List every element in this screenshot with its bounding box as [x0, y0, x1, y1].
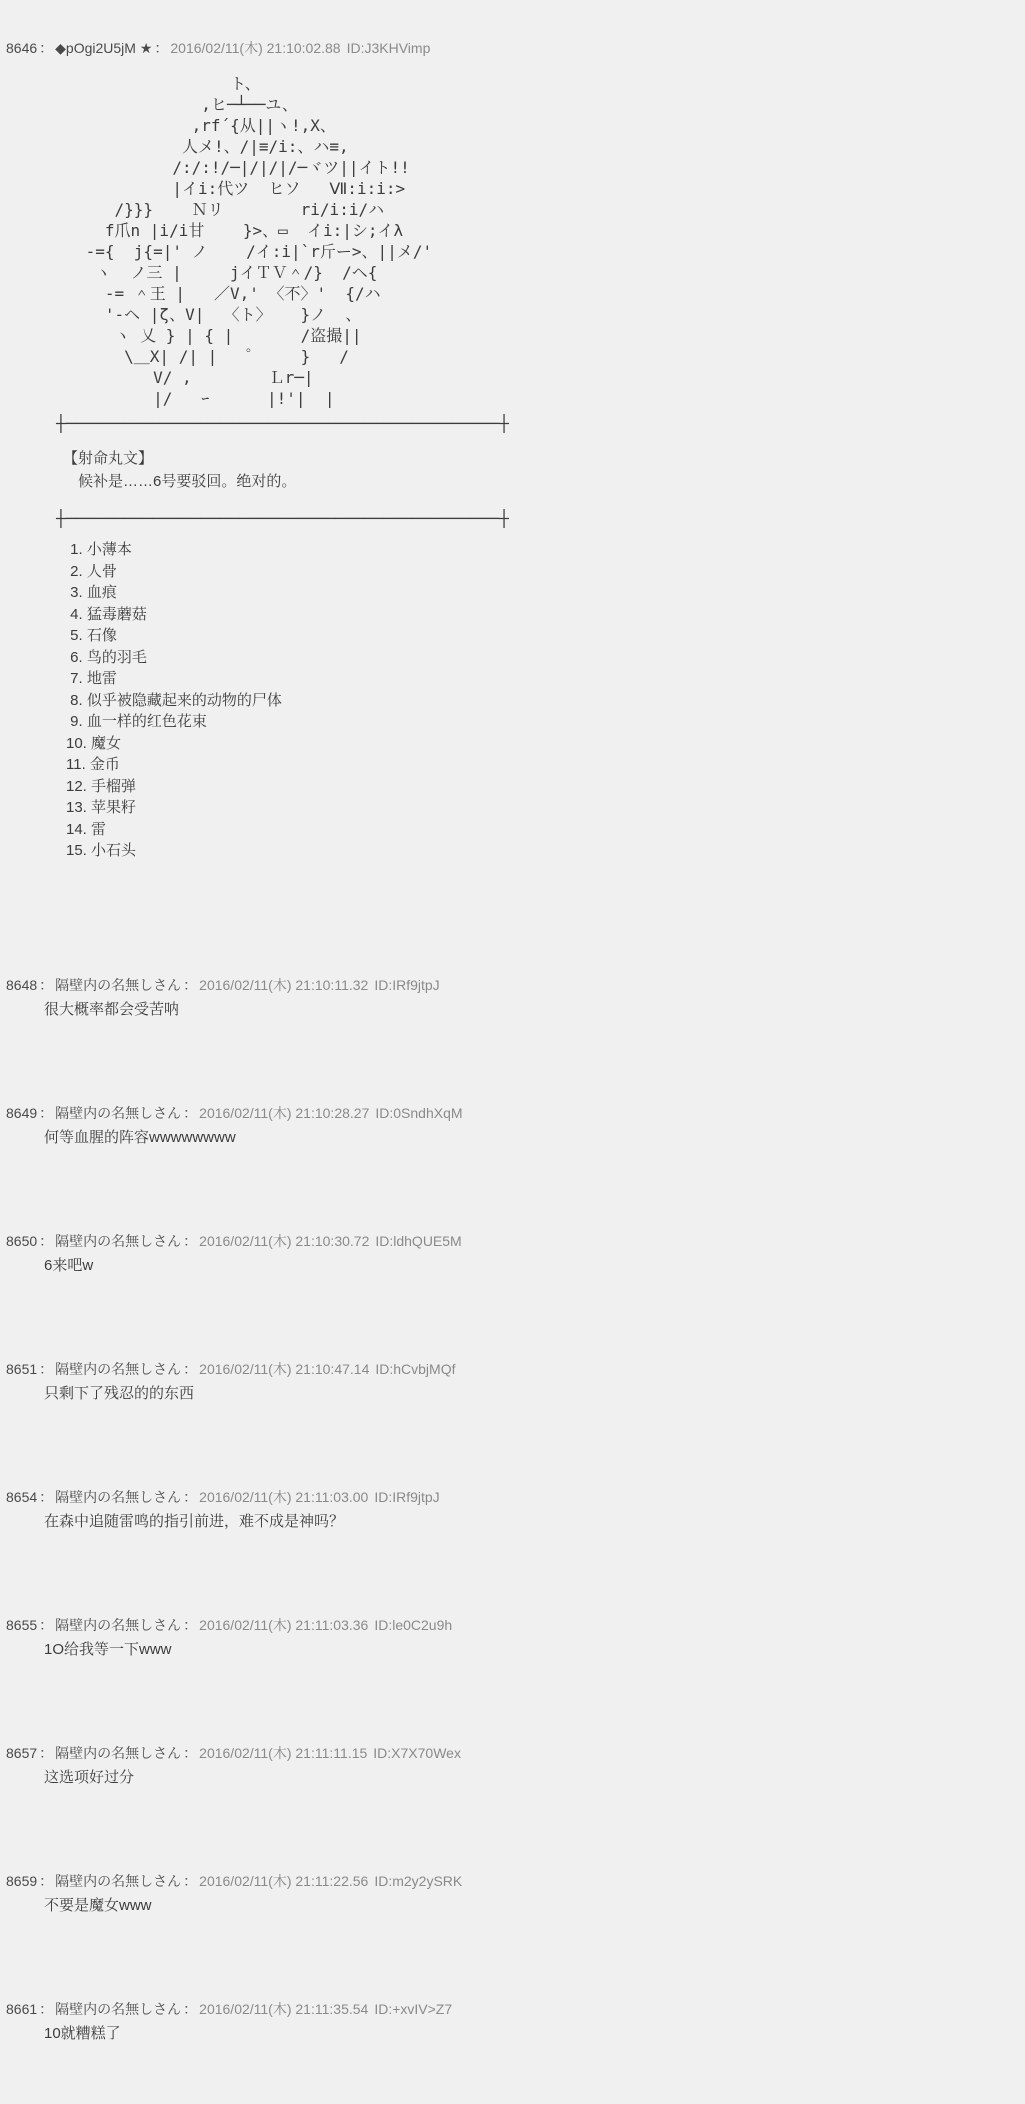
- thread-page: 8646：◆pOgi2U5jM ★：2016/02/11(木) 21:10:02…: [0, 0, 1025, 2104]
- character-headline: 【射命丸文】: [63, 448, 1025, 469]
- replies-section: 8648：隔壁内の名無しさん：2016/02/11(木) 21:10:11.32…: [6, 977, 1025, 2044]
- colon-separator: ：: [37, 40, 55, 56]
- colon-separator: ：: [37, 1361, 55, 1377]
- post-header: 8651：隔壁内の名無しさん：2016/02/11(木) 21:10:47.14…: [6, 1361, 1025, 1378]
- list-item-4: 4. 猛毒蘑菇: [66, 604, 1025, 626]
- post-id: ID:m2y2ySRK: [374, 1873, 462, 1889]
- colon-separator: ：: [181, 2001, 199, 2017]
- poster-name: 隔壁内の名無しさん: [55, 977, 181, 993]
- post-datetime: 2016/02/11(木) 21:11:35.54: [199, 2001, 368, 2017]
- colon-separator: ：: [152, 40, 170, 56]
- post-header: 8659：隔壁内の名無しさん：2016/02/11(木) 21:11:22.56…: [6, 1873, 1025, 1890]
- post-datetime: 2016/02/11(木) 21:11:22.56: [199, 1873, 368, 1889]
- colon-separator: ：: [37, 977, 55, 993]
- character-message: 候补是……6号要驳回。绝对的。: [78, 471, 1025, 492]
- colon-separator: ：: [37, 1617, 55, 1633]
- post-body: 这选项好过分: [44, 1768, 1025, 1788]
- colon-separator: ：: [181, 1105, 199, 1121]
- colon-separator: ：: [37, 1105, 55, 1121]
- post-datetime: 2016/02/11(木) 21:10:30.72: [199, 1233, 369, 1249]
- list-item-1: 1. 小薄本: [66, 539, 1025, 561]
- post-datetime: 2016/02/11(木) 21:10:28.27: [199, 1105, 369, 1121]
- post-8648: 8648：隔壁内の名無しさん：2016/02/11(木) 21:10:11.32…: [6, 977, 1025, 1020]
- post-datetime: 2016/02/11(木) 21:10:11.32: [199, 977, 368, 993]
- post-header: 8661：隔壁内の名無しさん：2016/02/11(木) 21:11:35.54…: [6, 2001, 1025, 2018]
- post-number: 8654: [6, 1489, 37, 1505]
- post-number: 8650: [6, 1233, 37, 1249]
- post-body: 何等血腥的阵容wwwwwwww: [44, 1128, 1025, 1148]
- post-header: 8649：隔壁内の名無しさん：2016/02/11(木) 21:10:28.27…: [6, 1105, 1025, 1122]
- colon-separator: ：: [181, 1617, 199, 1633]
- post-number: 8659: [6, 1873, 37, 1889]
- colon-separator: ：: [37, 1745, 55, 1761]
- poster-name: 隔壁内の名無しさん: [55, 1873, 181, 1889]
- post-datetime: 2016/02/11(木) 21:10:47.14: [199, 1361, 369, 1377]
- post-id: ID:0SndhXqM: [375, 1105, 462, 1121]
- poster-name: 隔壁内の名無しさん: [55, 1233, 181, 1249]
- list-item-14: 14. 雷: [66, 819, 1025, 841]
- post-8649: 8649：隔壁内の名無しさん：2016/02/11(木) 21:10:28.27…: [6, 1105, 1025, 1148]
- post-8651: 8651：隔壁内の名無しさん：2016/02/11(木) 21:10:47.14…: [6, 1361, 1025, 1404]
- post-body: 不要是魔女www: [44, 1896, 1025, 1916]
- list-item-5: 5. 石像: [66, 625, 1025, 647]
- colon-separator: ：: [37, 2001, 55, 2017]
- list-item-10: 10. 魔女: [66, 733, 1025, 755]
- poster-name: 隔壁内の名無しさん: [55, 1361, 181, 1377]
- colon-separator: ：: [181, 1489, 199, 1505]
- post-number: 8655: [6, 1617, 37, 1633]
- post-number: 8646: [6, 40, 37, 56]
- post-8646: 8646：◆pOgi2U5jM ★：2016/02/11(木) 21:10:02…: [6, 40, 1025, 862]
- post-8657: 8657：隔壁内の名無しさん：2016/02/11(木) 21:11:11.15…: [6, 1745, 1025, 1788]
- list-item-7: 7. 地雷: [66, 668, 1025, 690]
- list-item-2: 2. 人骨: [66, 561, 1025, 583]
- list-item-11: 11. 金币: [66, 754, 1025, 776]
- post-header: 8646：◆pOgi2U5jM ★：2016/02/11(木) 21:10:02…: [6, 40, 1025, 57]
- post-body: 1O给我等一下www: [44, 1640, 1025, 1660]
- list-item-6: 6. 鸟的羽毛: [66, 647, 1025, 669]
- colon-separator: ：: [37, 1489, 55, 1505]
- list-item-13: 13. 苹果籽: [66, 797, 1025, 819]
- list-item-8: 8. 似乎被隐藏起来的动物的尸体: [66, 690, 1025, 712]
- post-body: 在森中追随雷鸣的指引前进，难不成是神吗？: [44, 1512, 1025, 1532]
- poster-name: 隔壁内の名無しさん: [55, 1745, 181, 1761]
- post-8655: 8655：隔壁内の名無しさん：2016/02/11(木) 21:11:03.36…: [6, 1617, 1025, 1660]
- ascii-art: ト、 ,ヒ─┴──ユ、 ,rf´{从||ヽ!,X、 人メ!、/|≡/i:、ハ≡,…: [76, 73, 1025, 409]
- post-id: ID:+xvIV>Z7: [374, 2001, 452, 2017]
- post-id: ID:J3KHVimp: [347, 40, 431, 56]
- colon-separator: ：: [181, 977, 199, 993]
- divider-line-top: ┼───────────────────────────────────────…: [56, 413, 1025, 434]
- post-8659: 8659：隔壁内の名無しさん：2016/02/11(木) 21:11:22.56…: [6, 1873, 1025, 1916]
- post-number: 8657: [6, 1745, 37, 1761]
- colon-separator: ：: [37, 1233, 55, 1249]
- post-datetime: 2016/02/11(木) 21:11:03.00: [199, 1489, 368, 1505]
- post-8650: 8650：隔壁内の名無しさん：2016/02/11(木) 21:10:30.72…: [6, 1233, 1025, 1276]
- post-id: ID:ldhQUE5M: [375, 1233, 461, 1249]
- post-datetime: 2016/02/11(木) 21:10:02.88: [170, 40, 340, 56]
- colon-separator: ：: [181, 1233, 199, 1249]
- post-body: 只剩下了残忍的的东西: [44, 1384, 1025, 1404]
- post-number: 8648: [6, 977, 37, 993]
- post-id: ID:X7X70Wex: [373, 1745, 461, 1761]
- post-header: 8648：隔壁内の名無しさん：2016/02/11(木) 21:10:11.32…: [6, 977, 1025, 994]
- post-body: 很大概率都会受苦呐: [44, 1000, 1025, 1020]
- colon-separator: ：: [181, 1873, 199, 1889]
- list-item-12: 12. 手榴弹: [66, 776, 1025, 798]
- colon-separator: ：: [181, 1745, 199, 1761]
- post-datetime: 2016/02/11(木) 21:11:03.36: [199, 1617, 368, 1633]
- post-number: 8651: [6, 1361, 37, 1377]
- list-item-9: 9. 血一样的红色花束: [66, 711, 1025, 733]
- post-header: 8655：隔壁内の名無しさん：2016/02/11(木) 21:11:03.36…: [6, 1617, 1025, 1634]
- post-number: 8649: [6, 1105, 37, 1121]
- list-item-15: 15. 小石头: [66, 840, 1025, 862]
- item-list: 1. 小薄本 2. 人骨 3. 血痕 4. 猛毒蘑菇 5. 石像 6. 鸟的羽毛…: [66, 539, 1025, 862]
- post-8654: 8654：隔壁内の名無しさん：2016/02/11(木) 21:11:03.00…: [6, 1489, 1025, 1532]
- post-header: 8650：隔壁内の名無しさん：2016/02/11(木) 21:10:30.72…: [6, 1233, 1025, 1250]
- post-id: ID:hCvbjMQf: [375, 1361, 455, 1377]
- divider-line-bottom: ┼───────────────────────────────────────…: [56, 508, 1025, 529]
- poster-name-tripcode: ◆pOgi2U5jM ★: [55, 40, 152, 56]
- poster-name: 隔壁内の名無しさん: [55, 2001, 181, 2017]
- poster-name: 隔壁内の名無しさん: [55, 1105, 181, 1121]
- post-datetime: 2016/02/11(木) 21:11:11.15: [199, 1745, 367, 1761]
- post-body: 10就糟糕了: [44, 2024, 1025, 2044]
- post-id: ID:le0C2u9h: [374, 1617, 452, 1633]
- poster-name: 隔壁内の名無しさん: [55, 1617, 181, 1633]
- post-header: 8654：隔壁内の名無しさん：2016/02/11(木) 21:11:03.00…: [6, 1489, 1025, 1506]
- post-id: ID:IRf9jtpJ: [374, 1489, 439, 1505]
- poster-name: 隔壁内の名無しさん: [55, 1489, 181, 1505]
- post-8661: 8661：隔壁内の名無しさん：2016/02/11(木) 21:11:35.54…: [6, 2001, 1025, 2044]
- colon-separator: ：: [181, 1361, 199, 1377]
- post-header: 8657：隔壁内の名無しさん：2016/02/11(木) 21:11:11.15…: [6, 1745, 1025, 1762]
- post-id: ID:IRf9jtpJ: [374, 977, 439, 993]
- colon-separator: ：: [37, 1873, 55, 1889]
- post-body: 6来吧w: [44, 1256, 1025, 1276]
- post-number: 8661: [6, 2001, 37, 2017]
- list-item-3: 3. 血痕: [66, 582, 1025, 604]
